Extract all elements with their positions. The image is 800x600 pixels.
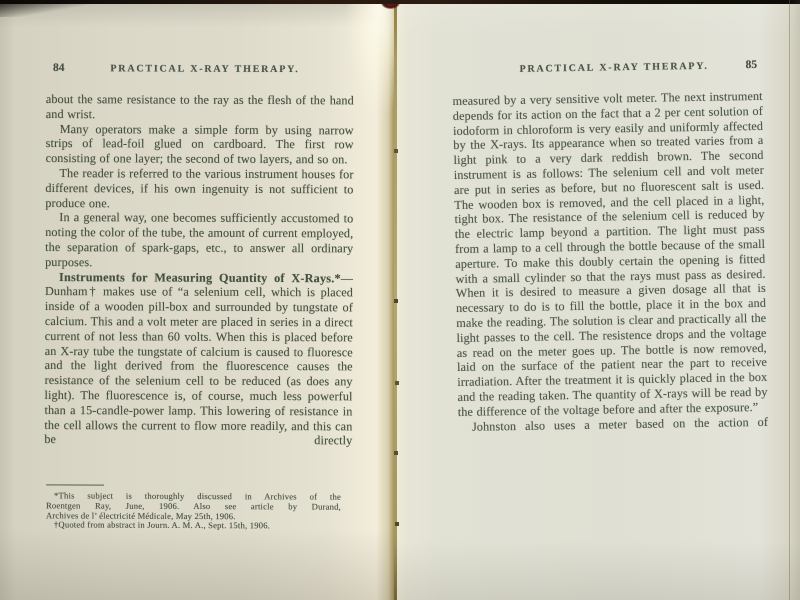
book-cover-top-edge <box>0 0 800 4</box>
paragraph: Many operators make a simple form by usi… <box>46 122 354 168</box>
left-running-header: PRACTICAL X-RAY THERAPY. <box>51 62 359 78</box>
right-page-body: measured by a very sensitive volt meter.… <box>452 89 768 434</box>
paragraph: measured by a very sensitive volt meter.… <box>452 89 767 420</box>
section-paragraph: Instruments for Measuring Quantity of X-… <box>44 270 353 449</box>
footnote-rule <box>46 484 104 485</box>
open-book-photo: 84 PRACTICAL X-RAY THERAPY. about the sa… <box>0 0 800 600</box>
right-page-number: 85 <box>745 58 757 73</box>
right-page-header: PRACTICAL X-RAY THERAPY. 85 <box>452 59 762 94</box>
left-page-text: 84 PRACTICAL X-RAY THERAPY. about the sa… <box>44 62 354 448</box>
left-page-header: 84 PRACTICAL X-RAY THERAPY. <box>46 62 354 93</box>
footnote-block: *This subject is thoroughly discussed in… <box>46 484 341 531</box>
right-page-edge-shade <box>790 0 800 600</box>
paragraph: The reader is referred to the various in… <box>45 166 353 212</box>
section-body: —Dunham† makes use of “a selenium cell, … <box>44 271 353 448</box>
section-heading: Instruments for Measuring Quantity of X-… <box>59 270 341 285</box>
footnote-line: †Quoted from abstract in Journ. A. M. A.… <box>46 521 341 532</box>
right-page-text: PRACTICAL X-RAY THERAPY. 85 measured by … <box>452 59 768 434</box>
paragraph: about the same resistance to the ray as … <box>46 92 354 123</box>
left-page-body: about the same resistance to the ray as … <box>44 92 354 448</box>
gutter-crease <box>394 0 397 600</box>
paragraph: In a general way, one becomes sufficient… <box>45 210 353 271</box>
photo-corner-shadow <box>0 0 95 17</box>
